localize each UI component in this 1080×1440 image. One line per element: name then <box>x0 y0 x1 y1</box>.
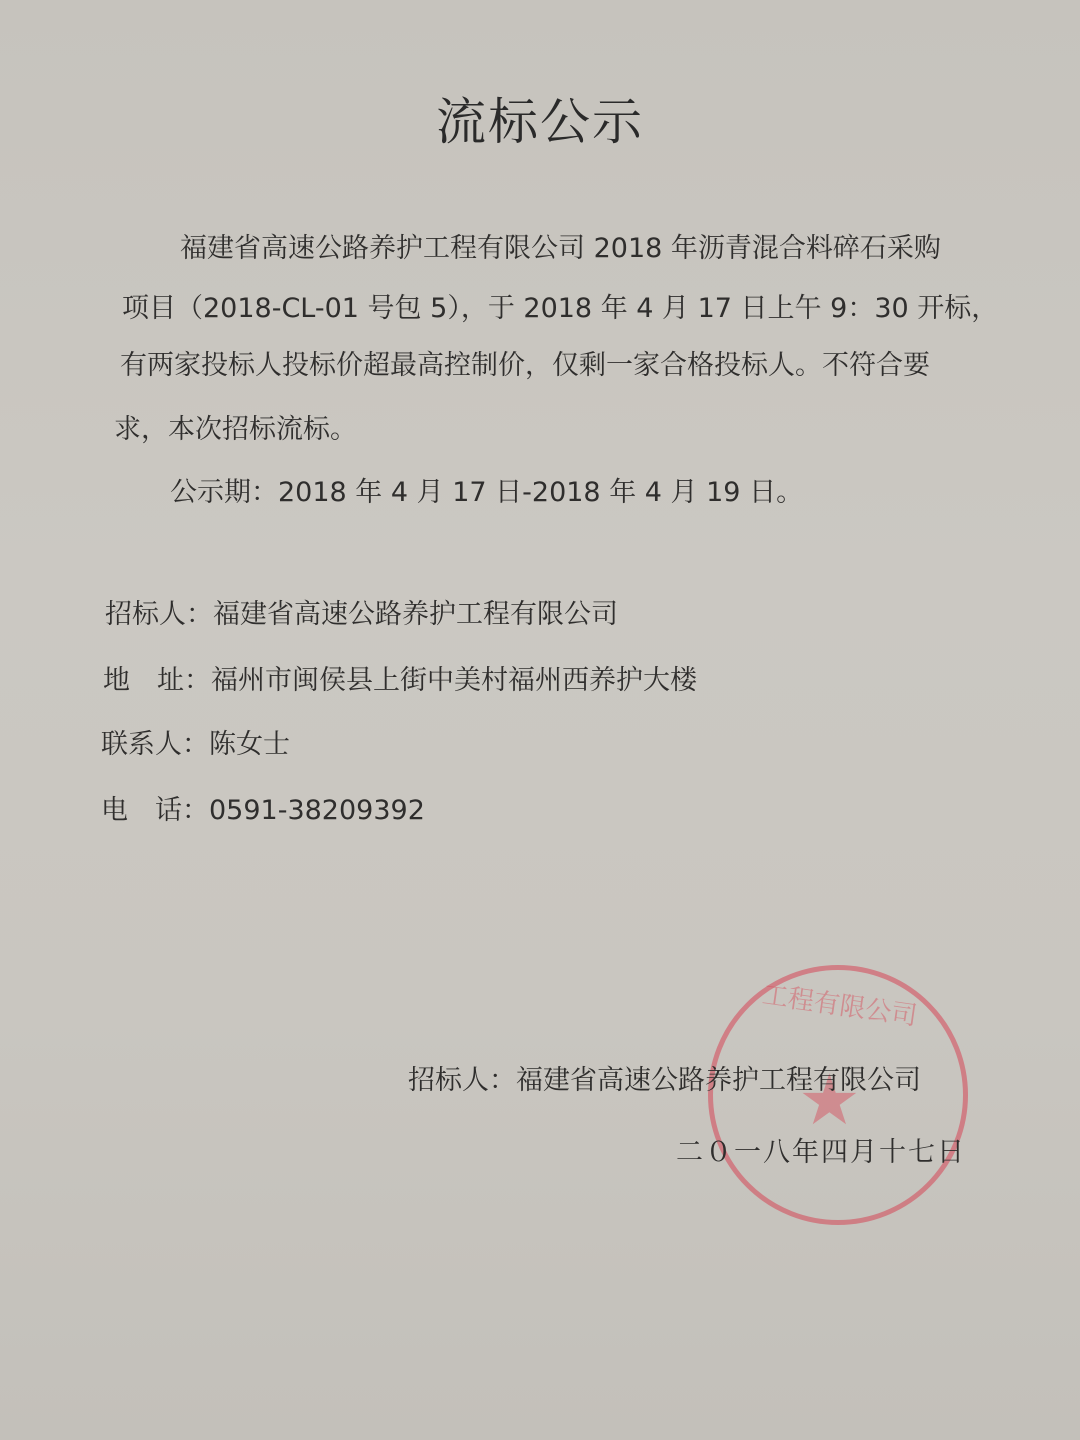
paragraph-line: 项目（2018-CL-01 号包 5），于 2018 年 4 月 17 日上午 … <box>122 286 998 325</box>
signature-date: 二０一八年四月十七日 <box>676 1130 966 1169</box>
contact-person-line: 联系人：陈女士 <box>101 722 290 761</box>
signature-tenderer: 招标人：福建省高速公路养护工程有限公司 <box>408 1058 921 1097</box>
paragraph-line: 福建省高速公路养护工程有限公司 2018 年沥青混合料碎石采购 <box>180 226 941 265</box>
document-title: 流标公示 <box>0 82 1080 154</box>
notice-period: 公示期：2018 年 4 月 17 日-2018 年 4 月 19 日。 <box>170 470 803 509</box>
paragraph-line: 求，本次招标流标。 <box>114 407 357 446</box>
paragraph-line: 有两家投标人投标价超最高控制价，仅剩一家合格投标人。不符合要 <box>120 343 930 382</box>
tenderer-line: 招标人：福建省高速公路养护工程有限公司 <box>105 592 618 631</box>
notice-document: 流标公示 福建省高速公路养护工程有限公司 2018 年沥青混合料碎石采购 项目（… <box>0 0 1080 1440</box>
phone-line: 电 话：0591-38209392 <box>101 788 425 827</box>
address-line: 地 址：福州市闽侯县上街中美村福州西养护大楼 <box>103 658 697 697</box>
